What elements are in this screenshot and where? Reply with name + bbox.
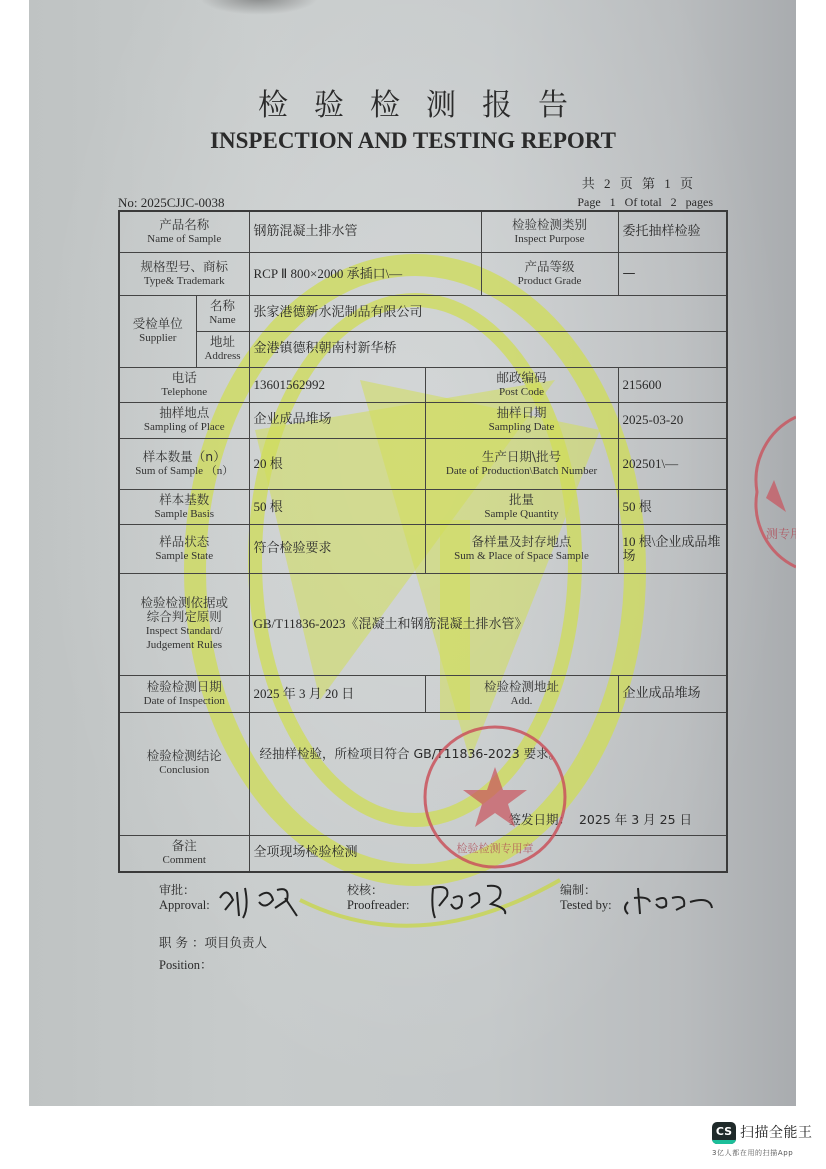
row-sample-basis: 样本基数Sample Basis 50 根 批量Sample Quantity … [119, 489, 727, 524]
report-number: No: 2025CJJC-0038 [118, 195, 225, 211]
row-telephone: 电话Telephone 13601562992 邮政编码Post Code 21… [119, 367, 727, 402]
value-inspection-date: 2025 年 3 月 20 日 [249, 675, 425, 712]
label-comment: 备注Comment [119, 835, 249, 872]
row-supplier-name: 受检单位Supplier 名称Name 张家港德新水泥制品有限公司 [119, 295, 727, 331]
page-count-en: Page 1 Of total 2 pages [574, 195, 716, 210]
value-product-grade: — [618, 252, 727, 295]
page-count-cn: 共 2 页 第 1 页 [582, 173, 696, 192]
value-sample-quantity: 50 根 [618, 489, 727, 524]
label-inspection-address: 检验检测地址Add. [425, 675, 618, 712]
camscanner-logo-icon: CS [712, 1122, 736, 1144]
approval-label: 审批：Approval: [159, 883, 210, 913]
approval-signature [215, 878, 305, 923]
value-inspect-purpose: 委托抽样检验 [618, 211, 727, 252]
value-telephone: 13601562992 [249, 367, 425, 402]
label-supplier: 受检单位Supplier [119, 295, 196, 367]
proofreader-label: 校核：Proofreader: [347, 883, 409, 913]
row-sample-name: 产品名称Name of Sample 钢筋混凝土排水管 检验检测类别Inspec… [119, 211, 727, 252]
label-conclusion: 检验检测结论Conclusion [119, 712, 249, 835]
row-supplier-address: 地址Address 金港镇德积朝南村新华桥 [119, 331, 727, 367]
label-sample-basis: 样本基数Sample Basis [119, 489, 249, 524]
position-cn: 职 务 ：项目负责人 [159, 933, 267, 951]
value-standard: GB/T11836-2023《混凝土和钢筋混凝土排水管》 [249, 573, 727, 675]
camscanner-name: 扫描全能王 [740, 1122, 813, 1142]
value-sample-basis: 50 根 [249, 489, 425, 524]
row-sample-sum: 样本数量（n）Sum of Sample （n） 20 根 生产日期\批号Dat… [119, 438, 727, 489]
value-supplier-address: 金港镇德积朝南村新华桥 [249, 331, 727, 367]
row-inspection-date: 检验检测日期Date of Inspection 2025 年 3 月 20 日… [119, 675, 727, 712]
page-label: Page [577, 195, 600, 209]
svg-text:测专用: 测专用 [766, 526, 796, 541]
label-post-code: 邮政编码Post Code [425, 367, 618, 402]
value-sampling-date: 2025-03-20 [618, 402, 727, 438]
label-sample-state: 样品状态Sample State [119, 524, 249, 573]
value-sampling-place: 企业成品堆场 [249, 402, 425, 438]
label-sampling-date: 抽样日期Sampling Date [425, 402, 618, 438]
value-inspection-address: 企业成品堆场 [618, 675, 727, 712]
label-sample-sum: 样本数量（n）Sum of Sample （n） [119, 438, 249, 489]
report-title-en: INSPECTION AND TESTING REPORT [0, 128, 826, 154]
pages-label: pages [686, 195, 713, 209]
label-standard: 检验检测依据或综合判定原则 Inspect Standard/Judgement… [119, 573, 249, 675]
label-inspection-date: 检验检测日期Date of Inspection [119, 675, 249, 712]
row-type-trademark: 规格型号、商标Type& Trademark RCP Ⅱ 800×2000 承插… [119, 252, 727, 295]
proofreader-signature [425, 878, 525, 923]
svg-text:检验检测专用章: 检验检测专用章 [457, 841, 534, 855]
camscanner-tagline: 3亿人都在用的扫描App [712, 1148, 793, 1158]
edge-stamp: 测专用 [752, 412, 796, 572]
value-type-trademark: RCP Ⅱ 800×2000 承插口\— [249, 252, 481, 295]
tested-by-signature [620, 880, 720, 920]
label-sample-name: 产品名称Name of Sample [119, 211, 249, 252]
row-sampling: 抽样地点Sampling of Place 企业成品堆场 抽样日期Samplin… [119, 402, 727, 438]
value-production-batch: 202501\— [618, 438, 727, 489]
value-sample-sum: 20 根 [249, 438, 425, 489]
page-total: 2 [671, 195, 677, 209]
label-spare-sample: 备样量及封存地点Sum & Place of Space Sample [425, 524, 618, 573]
label-production-batch: 生产日期\批号Date of Production\Batch Number [425, 438, 618, 489]
value-supplier-name: 张家港德新水泥制品有限公司 [249, 295, 727, 331]
value-post-code: 215600 [618, 367, 727, 402]
scan-shadow [199, 0, 319, 15]
value-spare-sample: 10 根\企业成品堆场 [618, 524, 727, 573]
of-total-label: Of total [625, 195, 662, 209]
report-title-cn: 检验检测报告 [0, 80, 826, 124]
row-standard: 检验检测依据或综合判定原则 Inspect Standard/Judgement… [119, 573, 727, 675]
page-current: 1 [610, 195, 616, 209]
label-sampling-place: 抽样地点Sampling of Place [119, 402, 249, 438]
tested-by-label: 编制：Tested by: [560, 883, 612, 913]
position-en: Position： [159, 955, 213, 973]
label-supplier-name: 名称Name [196, 295, 249, 331]
official-stamp: 检验检测专用章 [420, 722, 570, 872]
label-type-trademark: 规格型号、商标Type& Trademark [119, 252, 249, 295]
label-supplier-address: 地址Address [196, 331, 249, 367]
label-telephone: 电话Telephone [119, 367, 249, 402]
row-sample-state: 样品状态Sample State 符合检验要求 备样量及封存地点Sum & Pl… [119, 524, 727, 573]
label-inspect-purpose: 检验检测类别Inspect Purpose [481, 211, 618, 252]
value-sample-state: 符合检验要求 [249, 524, 425, 573]
label-product-grade: 产品等级Product Grade [481, 252, 618, 295]
label-sample-quantity: 批量Sample Quantity [425, 489, 618, 524]
value-sample-name: 钢筋混凝土排水管 [249, 211, 481, 252]
